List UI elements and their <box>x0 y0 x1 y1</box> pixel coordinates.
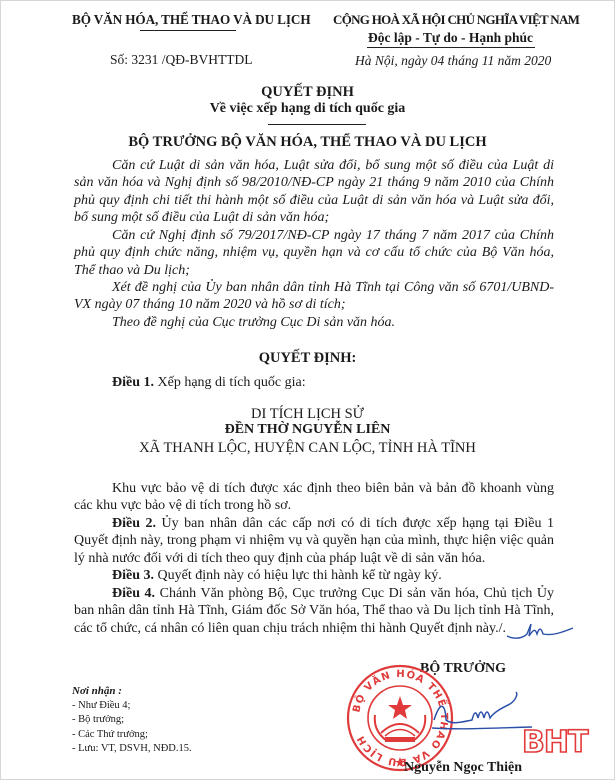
preamble-legal-basis-1: Căn cứ Luật di sản văn hóa, Luật sửa đổi… <box>74 157 554 227</box>
article-1-text: Xếp hạng di tích quốc gia: <box>154 375 306 390</box>
document-subject: Về việc xếp hạng di tích quốc gia <box>0 101 615 117</box>
preamble-legal-basis-2: Căn cứ Nghị định số 79/2017/NĐ-CP ngày 1… <box>74 227 554 279</box>
issuing-authority: BỘ TRƯỞNG BỘ VĂN HÓA, THỂ THAO VÀ DU LỊC… <box>0 134 615 151</box>
recipient-item: - Lưu: VT, DSVH, NĐD.15. <box>72 742 192 757</box>
preamble-recommendation: Theo đề nghị của Cục trưởng Cục Di sản v… <box>74 314 554 331</box>
article-3-label: Điều 3. <box>112 568 154 583</box>
document-number: Số: 3231 /QĐ-BVHTTDL <box>110 52 253 68</box>
protection-zone-text: Khu vực bảo vệ di tích được xác định the… <box>74 480 554 515</box>
article-4-label: Điều 4. <box>112 586 155 601</box>
recipient-item: - Bộ trưởng; <box>72 713 192 728</box>
relic-type: DI TÍCH LỊCH SỬ <box>0 406 615 423</box>
national-motto: Độc lập - Tự do - Hạnh phúc <box>368 30 533 46</box>
nation-name: CỘNG HOÀ XÃ HỘI CHỦ NGHĨA VIỆT NAM <box>333 12 579 28</box>
organization-underline <box>140 30 236 31</box>
recipient-item: - Như Điều 4; <box>72 699 192 714</box>
relic-location: XÃ THANH LỘC, HUYỆN CAN LỘC, TỈNH HÀ TĨN… <box>0 440 615 457</box>
decision-heading: QUYẾT ĐỊNH: <box>0 350 615 367</box>
publisher-watermark: BHT <box>522 725 587 760</box>
article-4: Điều 4. Chánh Văn phòng Bộ, Cục trưởng C… <box>74 585 554 637</box>
preamble-proposal: Xét đề nghị của Ủy ban nhân dân tỉnh Hà … <box>74 279 554 314</box>
recipients-label: Nơi nhận : <box>72 684 192 699</box>
article-2-label: Điều 2. <box>112 516 156 531</box>
motto-underline <box>367 47 535 48</box>
article-3: Điều 3. Quyết định này có hiệu lực thi h… <box>74 567 554 584</box>
article-2: Điều 2. Ủy ban nhân dân các cấp nơi có d… <box>74 515 554 567</box>
signer-name: Nguyễn Ngọc Thiện <box>404 760 522 776</box>
article-3-text: Quyết định này có hiệu lực thi hành kể t… <box>154 568 442 583</box>
document-type-title: QUYẾT ĐỊNH <box>0 84 615 101</box>
issuing-organization: BỘ VĂN HÓA, THỂ THAO VÀ DU LỊCH <box>72 12 310 28</box>
article-1: Điều 1. Xếp hạng di tích quốc gia: <box>112 374 592 391</box>
subject-underline <box>268 124 366 125</box>
initials-signature <box>505 622 575 642</box>
place-and-date: Hà Nội, ngày 04 tháng 11 năm 2020 <box>355 53 551 69</box>
article-1-label: Điều 1. <box>112 375 154 390</box>
recipient-item: - Các Thứ trưởng; <box>72 728 192 743</box>
relic-name: ĐỀN THỜ NGUYỄN LIÊN <box>0 422 615 438</box>
recipients-block: Nơi nhận : - Như Điều 4; - Bộ trưởng; - … <box>72 684 192 757</box>
